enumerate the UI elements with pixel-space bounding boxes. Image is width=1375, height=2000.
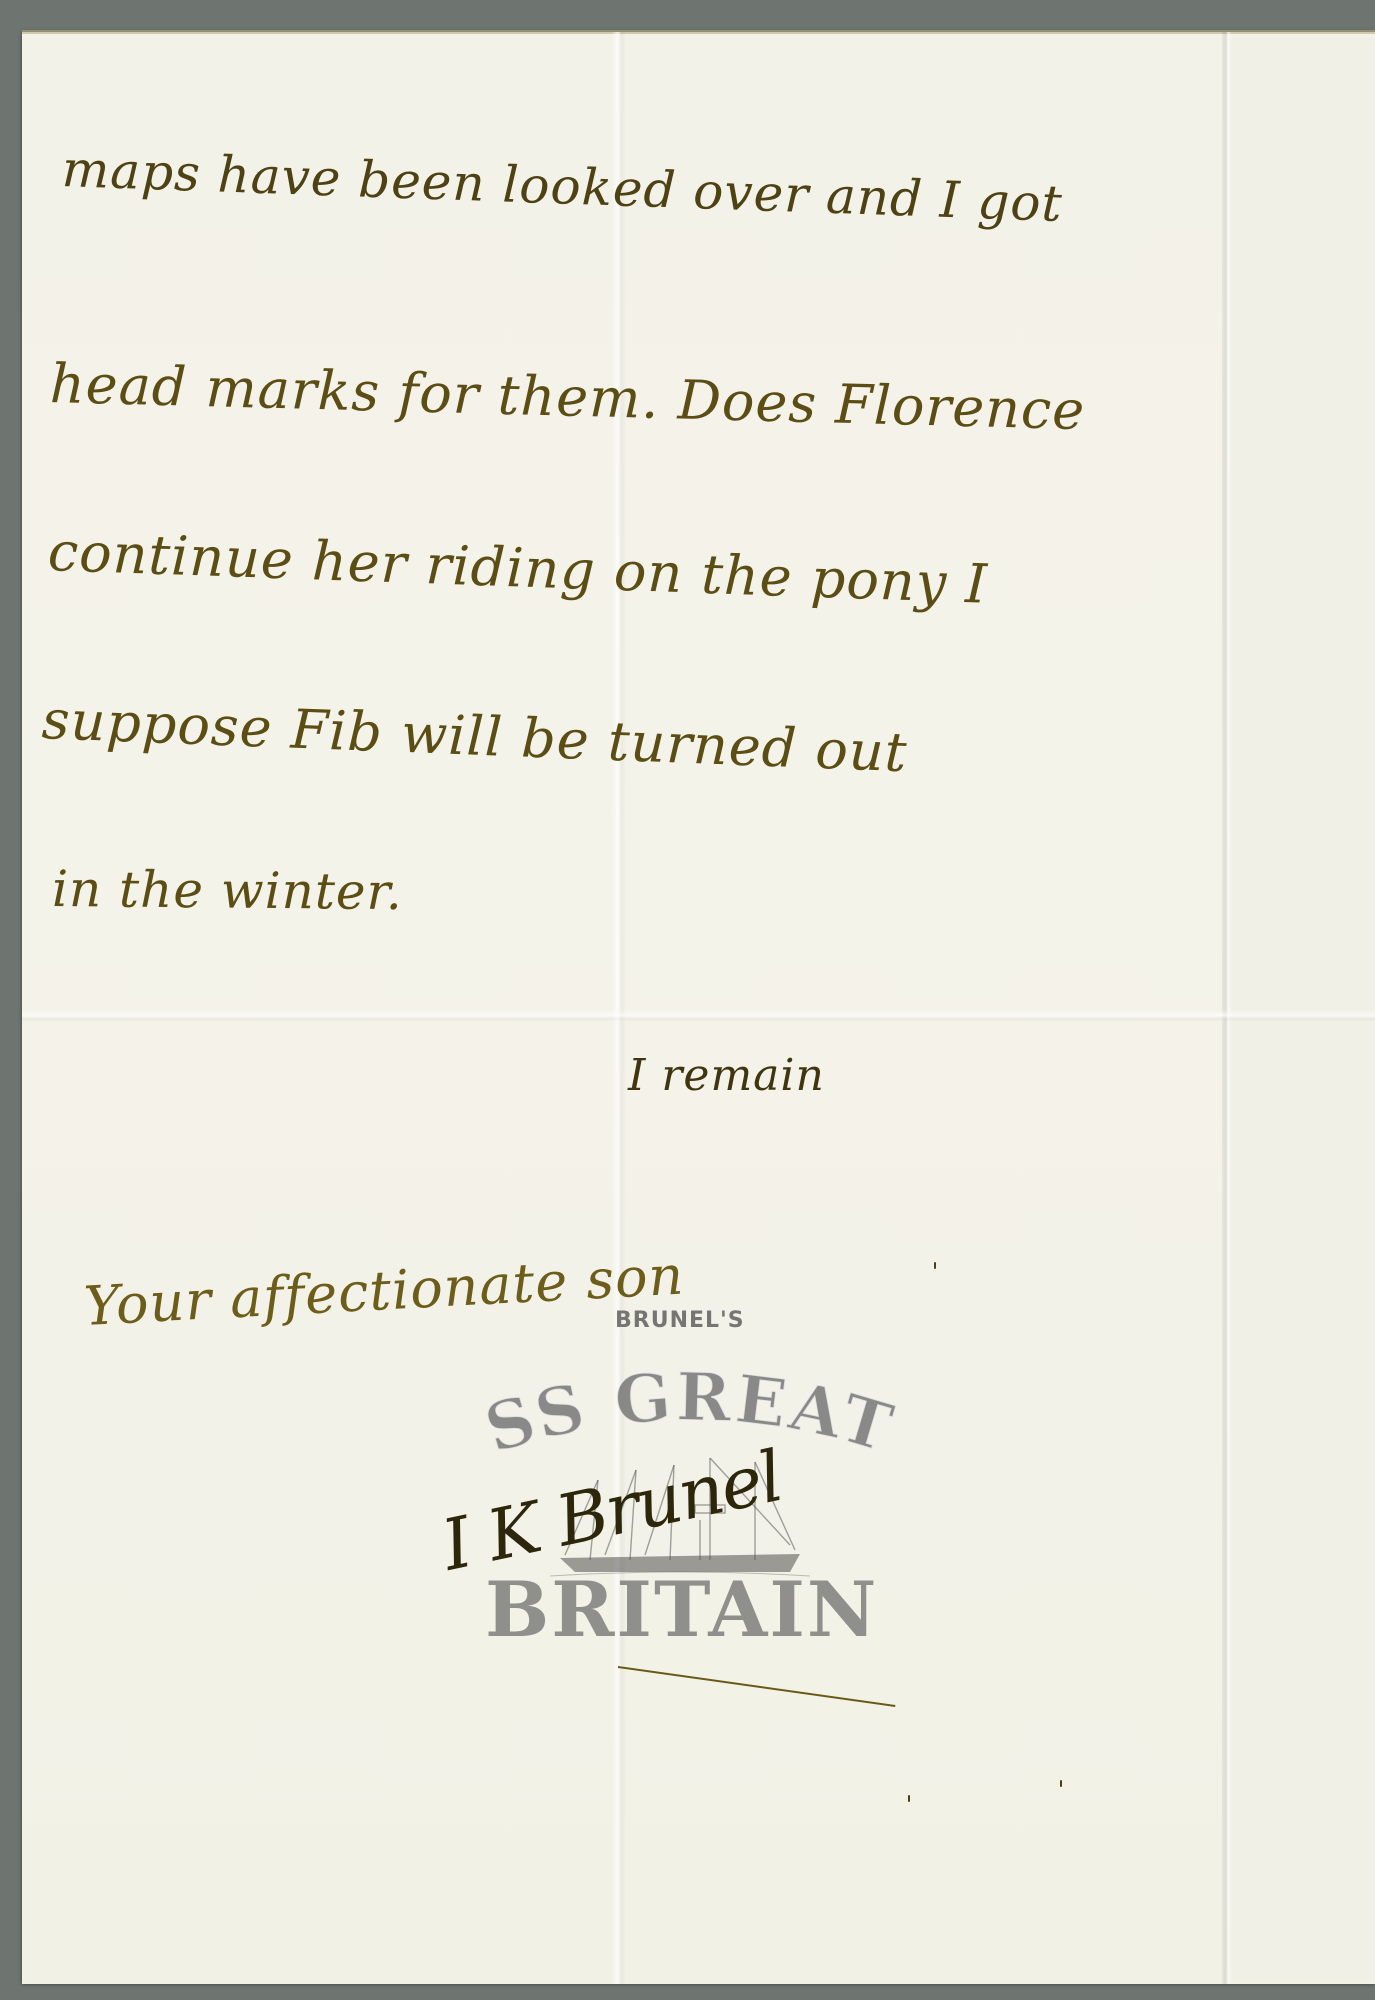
ink-speck <box>908 1795 910 1802</box>
right-fold-crease <box>1222 32 1232 1984</box>
ink-speck <box>1060 1780 1062 1787</box>
folded-right-flap <box>1228 38 1375 1978</box>
closing-remain: I remain <box>628 1050 825 1101</box>
horizontal-fold-crease <box>22 1010 1375 1022</box>
ink-speck <box>934 1262 936 1269</box>
paper-top-edge <box>22 30 1375 34</box>
letter-line-5: in the winter. <box>52 860 403 921</box>
letter-paper <box>22 32 1375 1984</box>
center-fold-crease <box>612 32 626 1984</box>
